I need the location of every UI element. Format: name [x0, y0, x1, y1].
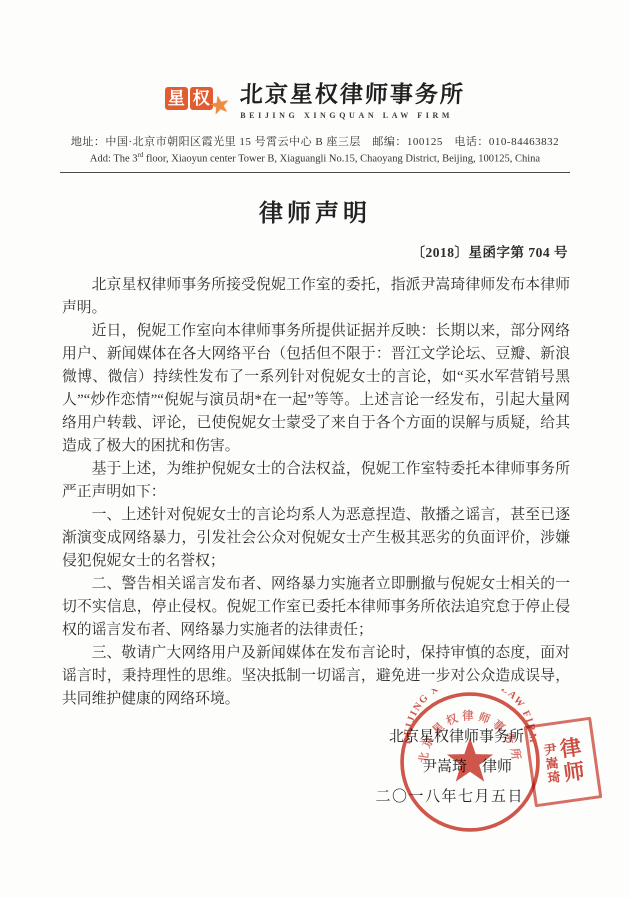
firm-logo-row: 星 权 ★ 北京星权律师事务所 BEIJING XINGQUAN LAW FIR… [0, 72, 630, 124]
address-en-text: Add: The 3 [90, 154, 138, 165]
xingquan-logo: 星 权 ★ [165, 78, 231, 118]
paragraph-item-1: 一、上述针对倪妮女士的言论均系人为恶意捏造、散播之谣言，甚至已逐渐演变成网络暴力… [62, 504, 570, 573]
lawyer-seal-title: 律师 [557, 736, 584, 786]
firm-name-chinese: 北京星权律师事务所 [240, 76, 466, 109]
letterhead-divider [60, 172, 570, 173]
paragraph-facts: 近日，倪妮工作室向本律师事务所提供证据并反映：长期以来，部分网络用户、新闻媒体在… [62, 320, 570, 458]
lawyer-square-seal: 尹嵩琦 律师 [524, 717, 603, 808]
signature-block: 北京星权律师事务所 尹嵩琦 律师 二〇一八年七月五日 [375, 722, 524, 812]
paragraph-intro: 北京星权律师事务所接受倪妮工作室的委托，指派尹嵩琦律师发布本律师声明。 [62, 274, 570, 320]
address-line-chinese: 地址：中国·北京市朝阳区霞光里 15 号霄云中心 B 座三层 邮编：100125… [0, 133, 630, 149]
signature-lawyer: 尹嵩琦 律师 [375, 752, 524, 782]
paragraph-item-2: 二、警告相关谣言发布者、网络暴力实施者立即删撤与倪妮女士相关的一切不实信息，停止… [62, 573, 570, 642]
address-en-text: floor, Xiaoyun center Tower B, Xiaguangl… [143, 154, 540, 165]
page-title: 律师声明 [0, 193, 630, 228]
paragraph-item-3: 三、敬请广大网络用户及新闻媒体在发布言论时，保持审慎的态度，面对谣言时，秉持理性… [62, 642, 570, 711]
statement-body: 北京星权律师事务所接受倪妮工作室的委托，指派尹嵩琦律师发布本律师声明。 近日，倪… [0, 274, 630, 711]
document-page: 星 权 ★ 北京星权律师事务所 BEIJING XINGQUAN LAW FIR… [0, 0, 630, 898]
signature-date: 二〇一八年七月五日 [375, 782, 524, 812]
letterhead: 星 权 ★ 北京星权律师事务所 BEIJING XINGQUAN LAW FIR… [0, 0, 630, 173]
star-icon: ★ [206, 92, 232, 120]
logo-char-block: 星 [165, 87, 188, 110]
firm-name-english: BEIJING XINGQUAN LAW FIRM [240, 111, 465, 120]
firm-name-block: 北京星权律师事务所 BEIJING XINGQUAN LAW FIRM [240, 76, 465, 120]
signature-firm: 北京星权律师事务所 [375, 722, 524, 752]
paragraph-basis: 基于上述，为维护倪妮女士的合法权益，倪妮工作室特委托本律师事务所严正声明如下： [62, 458, 570, 504]
document-number: 〔2018〕星函字第 704 号 [0, 241, 630, 261]
address-line-english: Add: The 3rd floor, Xiaoyun center Tower… [0, 151, 630, 165]
